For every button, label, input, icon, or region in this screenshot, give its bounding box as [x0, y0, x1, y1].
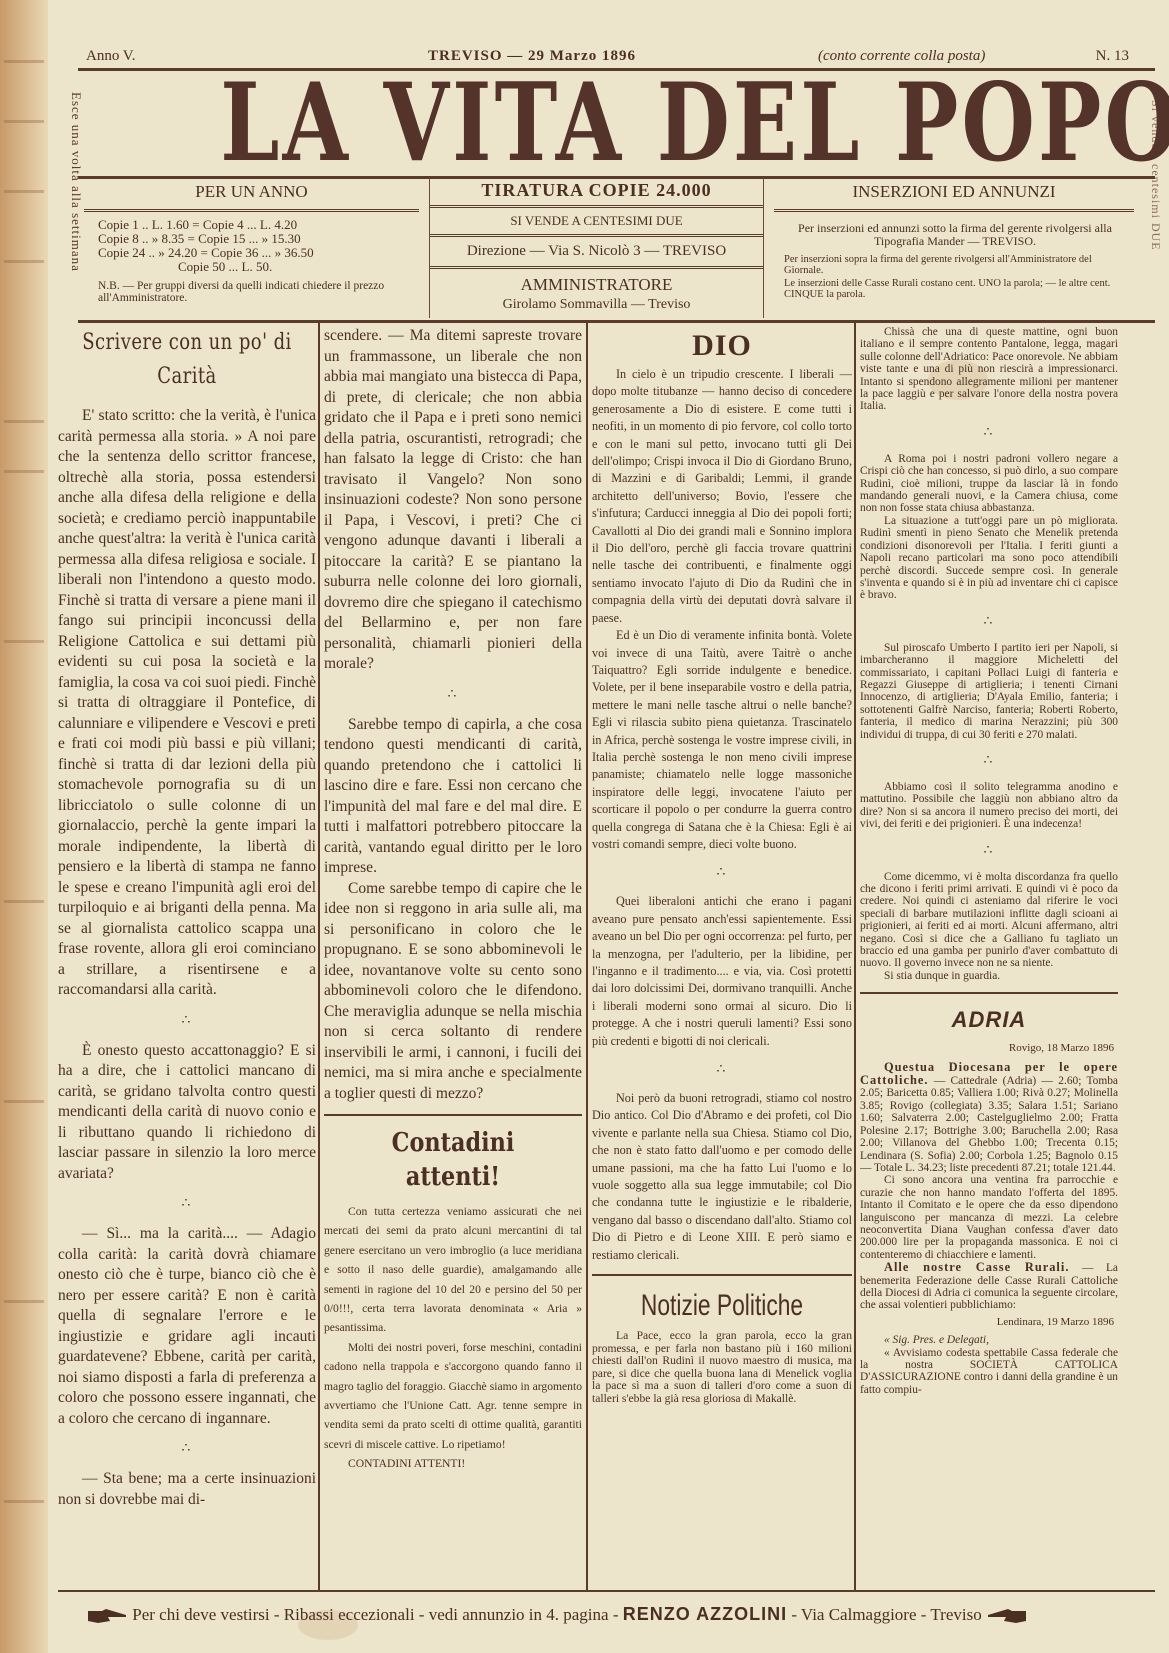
ads-text: Per inserzioni ed annunzi sotto la firma… [774, 212, 1134, 252]
subheading: Alle nostre Casse Rurali. [884, 1260, 1069, 1274]
asterism: ∴ [860, 614, 1118, 630]
price-row: Copie 50 ... L. 50. [98, 260, 413, 274]
direction-address: Direzione — Via S. Nicolò 3 — TREVISO [430, 237, 763, 269]
article-paragraph: Con tutta certezza veniamo assicurati ch… [324, 1202, 582, 1338]
article-headline: ADRIA [860, 1004, 1118, 1036]
article-paragraph: scendere. — Ma ditemi sapreste trovare u… [324, 326, 582, 675]
article-headline: Notizie Politiche [623, 1286, 821, 1326]
frequency-note: Esce una volta alla settimana [62, 92, 84, 322]
footer-advertisement: Per chi deve vestirsi - Ribassi eccezion… [88, 1594, 1159, 1634]
pointing-hand-icon [986, 1607, 1026, 1625]
administrator-title: AMMINISTRATORE [430, 269, 763, 295]
article-paragraph: E' stato scritto: che la verità, è l'uni… [58, 406, 316, 1001]
article-paragraph: Come dicemmo, vi è molta discordanza fra… [860, 871, 1118, 970]
price-label: SI VENDE A CENTESIMI DUE [430, 208, 763, 237]
article-text: — Cattedrale (Adria) — 2.60; Tomba 2.05;… [860, 1075, 1118, 1174]
article-paragraph: In cielo è un tripudio crescente. I libe… [592, 366, 852, 627]
article-headline: DIO [592, 326, 852, 366]
ad-brand: RENZO AZZOLINI [623, 1604, 787, 1624]
price-row: Copie 8 .. » 8.35 = Copie 15 ... » 15.30 [98, 232, 413, 246]
subscription-note: N.B. — Per gruppi diversi da quelli indi… [84, 274, 419, 304]
article-paragraph: CONTADINI ATTENTI! [324, 1454, 582, 1473]
article-carita-continued: scendere. — Ma ditemi sapreste trovare u… [324, 326, 582, 1588]
info-bar: PER UN ANNO Copie 1 .. L. 1.60 = Copie 4… [84, 178, 1139, 318]
article-paragraph: È onesto questo accattonaggio? E si ha a… [58, 1041, 316, 1185]
price-table: Copie 1 .. L. 1.60 = Copie 4 ... L. 4.20… [84, 212, 419, 274]
article-carita: Scrivere con un po' di Carità E' stato s… [58, 326, 316, 1588]
article-headline: Scrivere con un po' di Carità [81, 326, 293, 394]
asterism: ∴ [58, 1441, 316, 1457]
price-row: Copie 24 .. » 24.20 = Copie 36 ... » 36.… [98, 246, 413, 260]
article-paragraph: Ed è un Dio di veramente infinita bontà.… [592, 627, 852, 853]
asterism: ∴ [592, 865, 852, 881]
article-headline: Contadini attenti! [342, 1126, 564, 1194]
rule [58, 1590, 1155, 1592]
asterism: ∴ [860, 843, 1118, 859]
article-paragraph: « Avvisiamo codesta spettabile Cassa fed… [860, 1347, 1118, 1397]
section-rule [592, 1274, 852, 1276]
newspaper-page: Esce una volta alla settimana Si vende a… [48, 0, 1169, 1653]
article-paragraph: A Roma poi i nostri padroni vollero nega… [860, 453, 1118, 515]
circulation: TIRATURA COPIE 24.000 [430, 178, 763, 208]
price-row: Copie 1 .. L. 1.60 = Copie 4 ... L. 4.20 [98, 218, 413, 232]
asterism: ∴ [58, 1196, 316, 1212]
article-paragraph: Sarebbe tempo di capirla, a che cosa ten… [324, 715, 582, 879]
article-paragraph: Quei liberaloni antichi che erano i paga… [592, 893, 852, 1050]
article-paragraph: La situazione a tutt'oggi pare un pò mig… [860, 515, 1118, 602]
section-rule [860, 992, 1118, 994]
subscription-box: PER UN ANNO Copie 1 .. L. 1.60 = Copie 4… [84, 178, 419, 318]
salutation: « Sig. Pres. e Delegati, [860, 1334, 1118, 1346]
article-paragraph: — Sì... ma la carità.... — Adagio colla … [58, 1224, 316, 1429]
column-divider [318, 322, 320, 1590]
article-paragraph: Abbiamo così il solito telegramma anodin… [860, 781, 1118, 831]
ad-text: Per chi deve vestirsi - Ribassi eccezion… [132, 1605, 618, 1624]
article-paragraph: — Sta bene; ma a certe insinuazioni non … [58, 1469, 316, 1510]
dateline: Lendinara, 19 Marzo 1896 [860, 1316, 1114, 1328]
pointing-hand-icon [88, 1607, 128, 1625]
center-box: TIRATURA COPIE 24.000 SI VENDE A CENTESI… [429, 178, 764, 318]
article-paragraph: Sul piroscafo Umberto I partito ieri per… [860, 642, 1118, 741]
ad-address: - Via Calmaggiore - Treviso [791, 1605, 981, 1624]
column-divider [854, 322, 856, 1590]
article-paragraph: Come sarebbe tempo di capire che le idee… [324, 879, 582, 1105]
asterism: ∴ [860, 753, 1118, 769]
article-paragraph: Noi però da buoni retrogradi, stiamo col… [592, 1090, 852, 1264]
dateline: Rovigo, 18 Marzo 1896 [860, 1042, 1114, 1054]
asterism: ∴ [592, 1062, 852, 1078]
asterism: ∴ [58, 1013, 316, 1029]
ads-text: Le inserzioni delle Casse Rurali costano… [774, 276, 1134, 300]
newspaper-title: LA VITA DEL POPOLO [220, 72, 1016, 174]
adjacent-page-edge [0, 0, 48, 1653]
article-notizie-continued: Chissà che una di queste mattine, ogni b… [860, 326, 1118, 1588]
ads-text: Per inserzioni sopra la firma del gerent… [774, 252, 1134, 276]
subscription-title: PER UN ANNO [84, 178, 419, 212]
rule [78, 320, 1155, 323]
asterism: ∴ [324, 687, 582, 703]
article-paragraph: Si stia dunque in guardia. [860, 970, 1118, 982]
ads-box: INSERZIONI ED ANNUNZI Per inserzioni ed … [774, 178, 1134, 318]
article-paragraph: La Pace, ecco la gran parola, ecco la gr… [592, 1330, 852, 1405]
asterism: ∴ [860, 425, 1118, 441]
year-label: Anno V. [86, 48, 135, 65]
article-paragraph: Ci sono ancora una ventina fra parrocchi… [860, 1174, 1118, 1261]
article-dio: DIO In cielo è un tripudio crescente. I … [592, 326, 852, 1588]
article-paragraph: Molti dei nostri poveri, forse meschini,… [324, 1338, 582, 1454]
section-rule [324, 1114, 582, 1116]
column-divider [586, 322, 588, 1590]
article-paragraph: Chissà che una di queste mattine, ogni b… [860, 326, 1118, 413]
administrator-name: Girolamo Sommavilla — Treviso [430, 295, 763, 313]
ads-title: INSERZIONI ED ANNUNZI [774, 178, 1134, 212]
